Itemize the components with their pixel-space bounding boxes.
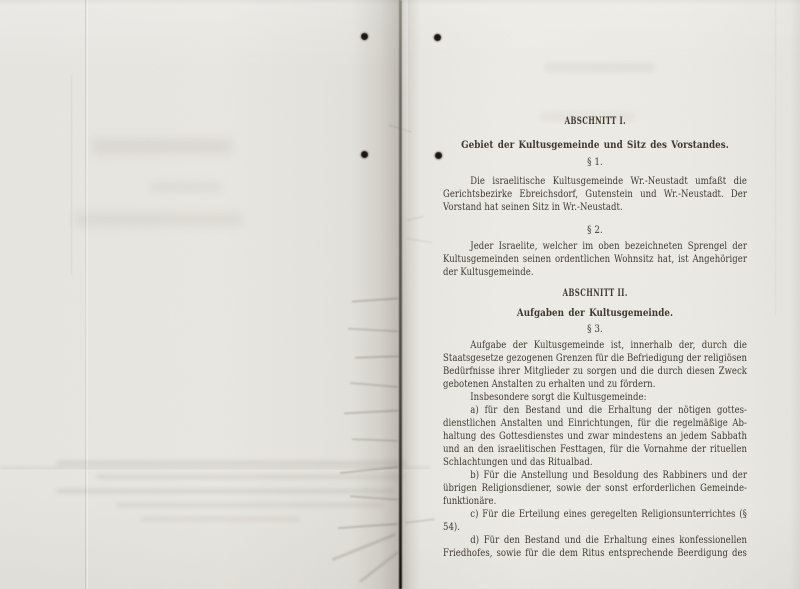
paragraph: c) Für die Erteilung eines geregelten Re… (443, 508, 747, 534)
left-page-blank (0, 0, 401, 589)
paragraph-line: gebotenen Anstalten zu erhalten und zu f… (443, 378, 747, 391)
text: § 2. (587, 224, 603, 236)
paragraph: Die israelitische Kultusgemeinde Wr.-Neu… (443, 175, 747, 214)
paragraph-mark: § 3. (443, 323, 747, 336)
binding-hole-bottom-left (359, 149, 371, 161)
paragraph-mark: § 2. (443, 224, 747, 237)
paragraph-line: dienstlichen Anstalten und Einrichtungen… (443, 417, 747, 430)
paragraph: Aufgabe der Kultusgemeinde ist, innerhal… (443, 339, 747, 391)
text: ABSCHNITT I. (564, 115, 625, 128)
text-column-inner: ABSCHNITT I.Gebiet der Kultusgemeinde un… (443, 115, 747, 560)
paragraph-line: Friedhofes, sowie für die dem Ritus ents… (443, 547, 747, 560)
scan-edge-top (0, 0, 800, 5)
document-text-column: ABSCHNITT I.Gebiet der Kultusgemeinde un… (443, 115, 747, 560)
paragraph: b) Für die Anstellung und Besoldung des … (443, 469, 747, 508)
paragraph-line: haltung des Gottesdienstes und zwar mind… (443, 430, 747, 443)
text: § 3. (587, 323, 603, 335)
paragraph: Jeder Israelite, welcher im oben bezeich… (443, 240, 747, 279)
paragraph: d) Für den Bestand und die Erhaltung ein… (443, 534, 747, 560)
paragraph-line: Aufgabe der Kultusgemeinde ist, innerhal… (443, 339, 747, 352)
paragraph-line: Jeder Israelite, welcher im oben bezeich… (443, 240, 747, 253)
text-line: Insbesondere sorgt die Kultusgemeinde: (443, 391, 747, 404)
section-subheading: Gebiet der Kultusgemeinde und Sitz des V… (443, 139, 747, 152)
binding-hole-top-right (432, 32, 444, 44)
text: § 1. (587, 156, 603, 168)
paragraph-line: a) für den Bestand und die Erhaltung der… (443, 404, 747, 417)
paragraph-mark: § 1. (443, 156, 747, 169)
paragraph-line: Schlachtungen und das Ritualbad. (443, 456, 747, 469)
paragraph-line: Die israelitische Kultusgemeinde Wr.-Neu… (443, 175, 747, 188)
section-subheading: Aufgaben der Kultusgemeinde. (443, 307, 747, 320)
scanned-page-spread: ABSCHNITT I.Gebiet der Kultusgemeinde un… (0, 0, 800, 589)
text: Aufgaben der Kultusgemeinde. (517, 307, 673, 319)
text: Insbesondere sorgt die Kultusgemeinde: (470, 391, 646, 403)
paragraph-line: funktionäre. (443, 495, 747, 508)
paragraph-line: Staatsgesetze gezogenen Grenzen für die … (443, 352, 747, 365)
section-heading: ABSCHNITT II. (443, 287, 747, 300)
scan-edge-right (790, 0, 800, 589)
text: Gebiet der Kultusgemeinde und Sitz des V… (461, 139, 729, 151)
paragraph: a) für den Bestand und die Erhaltung der… (443, 404, 747, 469)
paragraph-line: Gerichtsbezirke Ebreichsdorf, Gutenstein… (443, 188, 747, 201)
section-heading: ABSCHNITT I. (443, 115, 747, 128)
paragraph-line: b) Für die Anstellung und Besoldung des … (443, 469, 747, 482)
binding-hole-top-left (359, 31, 371, 43)
paragraph-line: Kultusgemeinden seinen ordentlichen Wohn… (443, 253, 747, 266)
paragraph-line: übrigen Religionsdiener, sowie der sonst… (443, 482, 747, 495)
paragraph-line: Vorstand hat seinen Sitz in Wr.-Neustadt… (443, 201, 747, 214)
gutter-shadow-right (402, 0, 420, 589)
paragraph-line: c) Für die Erteilung eines geregelten Re… (443, 508, 747, 534)
paragraph-line: der Kultusgemeinde. (443, 266, 747, 279)
paragraph-line: d) Für den Bestand und die Erhaltung ein… (443, 534, 747, 547)
text: ABSCHNITT II. (562, 287, 627, 300)
paragraph-line: Bedürfnisse ihrer Mitglieder zu sorgen u… (443, 365, 747, 378)
paragraph-line: und an den israelitischen Festtagen, für… (443, 443, 747, 456)
gutter-shadow-left (350, 0, 400, 589)
